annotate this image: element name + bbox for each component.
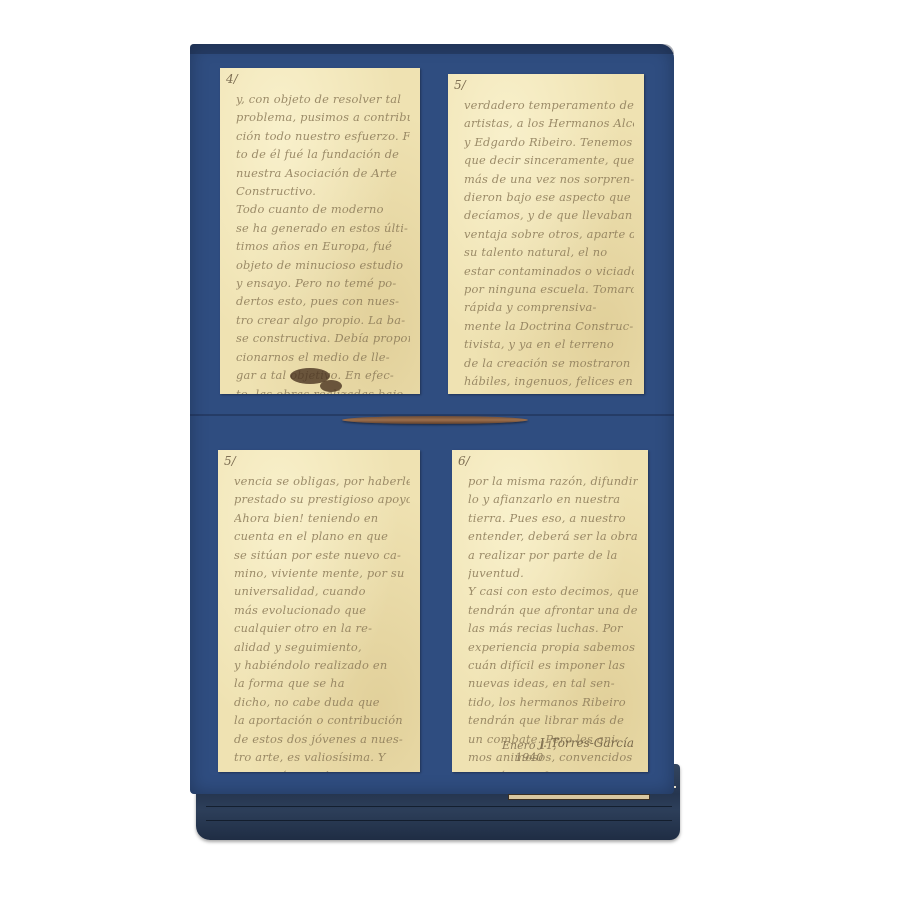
handwritten-text: vencia se obligas, por haberles prestado… (234, 472, 410, 772)
text-line: alidad y seguimiento, (234, 638, 410, 656)
text-line: prestado su prestigioso apoyo. (234, 490, 410, 508)
page-number: 5/ (224, 454, 236, 468)
text-line: tendrán que afrontar una de (468, 601, 638, 619)
text-line: que decir sinceramente, que (464, 151, 634, 169)
text-line: cuán difícil es imponer las (468, 656, 638, 674)
text-line: tro crear algo propio. La ba- (236, 311, 410, 329)
text-line: estarán que fuertes venc- (468, 767, 638, 773)
text-line: experiencia propia sabemos (468, 638, 638, 656)
protruding-paper (508, 794, 650, 800)
text-line: su talento natural, el no (464, 243, 634, 261)
text-line: a realizar por parte de la (468, 546, 638, 564)
page-edge (206, 820, 672, 821)
text-line: nuevas ideas, en tal sen- (468, 674, 638, 692)
page-number: 6/ (458, 454, 470, 468)
handwritten-text: verdadero temperamento de artistas, a lo… (464, 96, 634, 394)
text-line: y, con objeto de resolver tal (236, 90, 410, 108)
text-line: tendrán que librar más de (468, 711, 638, 729)
manuscript-leaf-top-left: 4/ y, con objeto de resolver tal problem… (220, 68, 420, 394)
text-line: dertos esto, pues con nues- (236, 292, 410, 310)
text-line: y Edgardo Ribeiro. Tenemos (464, 133, 634, 151)
text-line: de estos dos jóvenes a nues- (234, 730, 410, 748)
manuscript-leaf-bottom-right: 6/ por la misma razón, difundir- lo y af… (452, 450, 648, 772)
text-line: universalidad, cuando (234, 582, 410, 600)
text-line: mino, viviente mente, por su (234, 564, 410, 582)
text-line: mente la Doctrina Construc- (464, 317, 634, 335)
text-line: juventud. (468, 564, 638, 582)
manuscript-leaf-top-right: 5/ verdadero temperamento de artistas, a… (448, 74, 644, 394)
text-line: tro arte, es valiosísima. Y (234, 748, 410, 766)
handwritten-text: por la misma razón, difundir- lo y afian… (468, 472, 638, 772)
text-line: se constructiva. Debía propor- (236, 329, 410, 347)
text-line: ción todo nuestro esfuerzo. Fru- (236, 127, 410, 145)
text-line: la aportación o contribución (234, 711, 410, 729)
text-line: dicho, no cabe duda que (234, 693, 410, 711)
text-line: hábiles, ingenuos, felices en cuan- (464, 372, 634, 390)
text-line: decíamos, y de que llevaban de (464, 206, 634, 224)
text-line: tierra. Pues eso, a nuestro (468, 509, 638, 527)
page-edge (206, 806, 672, 807)
text-line: se sitúan por este nuevo ca- (234, 546, 410, 564)
text-line: tivista, y ya en el terreno (464, 335, 634, 353)
text-line: de la creación se mostraron (464, 354, 634, 372)
text-line: dieron bajo ese aspecto que (464, 188, 634, 206)
text-line: cionarnos el medio de lle- (236, 348, 410, 366)
page-number: 5/ (454, 78, 466, 92)
text-line: artistas, a los Hermanos Alceu (464, 114, 634, 132)
handwritten-text: y, con objeto de resolver tal problema, … (236, 90, 410, 394)
ink-stain (320, 380, 342, 392)
text-line: más de una vez nos sorpren- (464, 170, 634, 188)
text-line: objeto de minucioso estudio (236, 256, 410, 274)
text-line: más evolucionado que (234, 601, 410, 619)
text-line: problema, pusimos a contribu- (236, 108, 410, 126)
text-line: tanto más si así, si se consi- (234, 767, 410, 773)
text-line: cualquier otro en la re- (234, 619, 410, 637)
text-line: Todo cuanto de moderno (236, 200, 410, 218)
text-line: por ninguna escuela. Tomaron (464, 280, 634, 298)
text-line: rápida y comprensiva- (464, 298, 634, 316)
text-line: to de él fué la fundación de (236, 145, 410, 163)
text-line: estar contaminados o viciados (464, 262, 634, 280)
text-line: timos años en Europa, fué (236, 237, 410, 255)
text-line: vencia se obligas, por haberles (234, 472, 410, 490)
manuscript-leaf-bottom-left: 5/ vencia se obligas, por haberles prest… (218, 450, 420, 772)
text-line: se ha generado en estos últi- (236, 219, 410, 237)
text-line: las más recias luchas. Por (468, 619, 638, 637)
text-line: y ensayo. Pero no temé po- (236, 274, 410, 292)
album-board: 4/ y, con objeto de resolver tal problem… (190, 44, 674, 794)
date-year: 1940 (502, 752, 557, 764)
text-line: cuenta en el plano en que (234, 527, 410, 545)
text-line: la forma que se ha (234, 674, 410, 692)
leather-binding-strap (342, 416, 528, 424)
text-line: lo y afianzarlo en nuestra (468, 490, 638, 508)
text-line: entender, deberá ser la obra (468, 527, 638, 545)
text-line: nuestra Asociación de Arte (236, 164, 410, 182)
date: Enero 11, 1940 (502, 740, 557, 764)
text-line: to a originalidad. Sabe- (464, 391, 634, 395)
board-edge (190, 44, 674, 54)
text-line: y habiéndolo realizado en (234, 656, 410, 674)
text-line: Ahora bien! teniendo en (234, 509, 410, 527)
text-line: tido, los hermanos Ribeiro (468, 693, 638, 711)
text-line: ventaja sobre otros, aparte de (464, 225, 634, 243)
page-number: 4/ (226, 72, 238, 86)
text-line: por la misma razón, difundir- (468, 472, 638, 490)
text-line: Y casi con esto decimos, que (468, 582, 638, 600)
text-line: verdadero temperamento de (464, 96, 634, 114)
album: 4/ y, con objeto de resolver tal problem… (190, 44, 680, 840)
text-line: Constructivo. (236, 182, 410, 200)
